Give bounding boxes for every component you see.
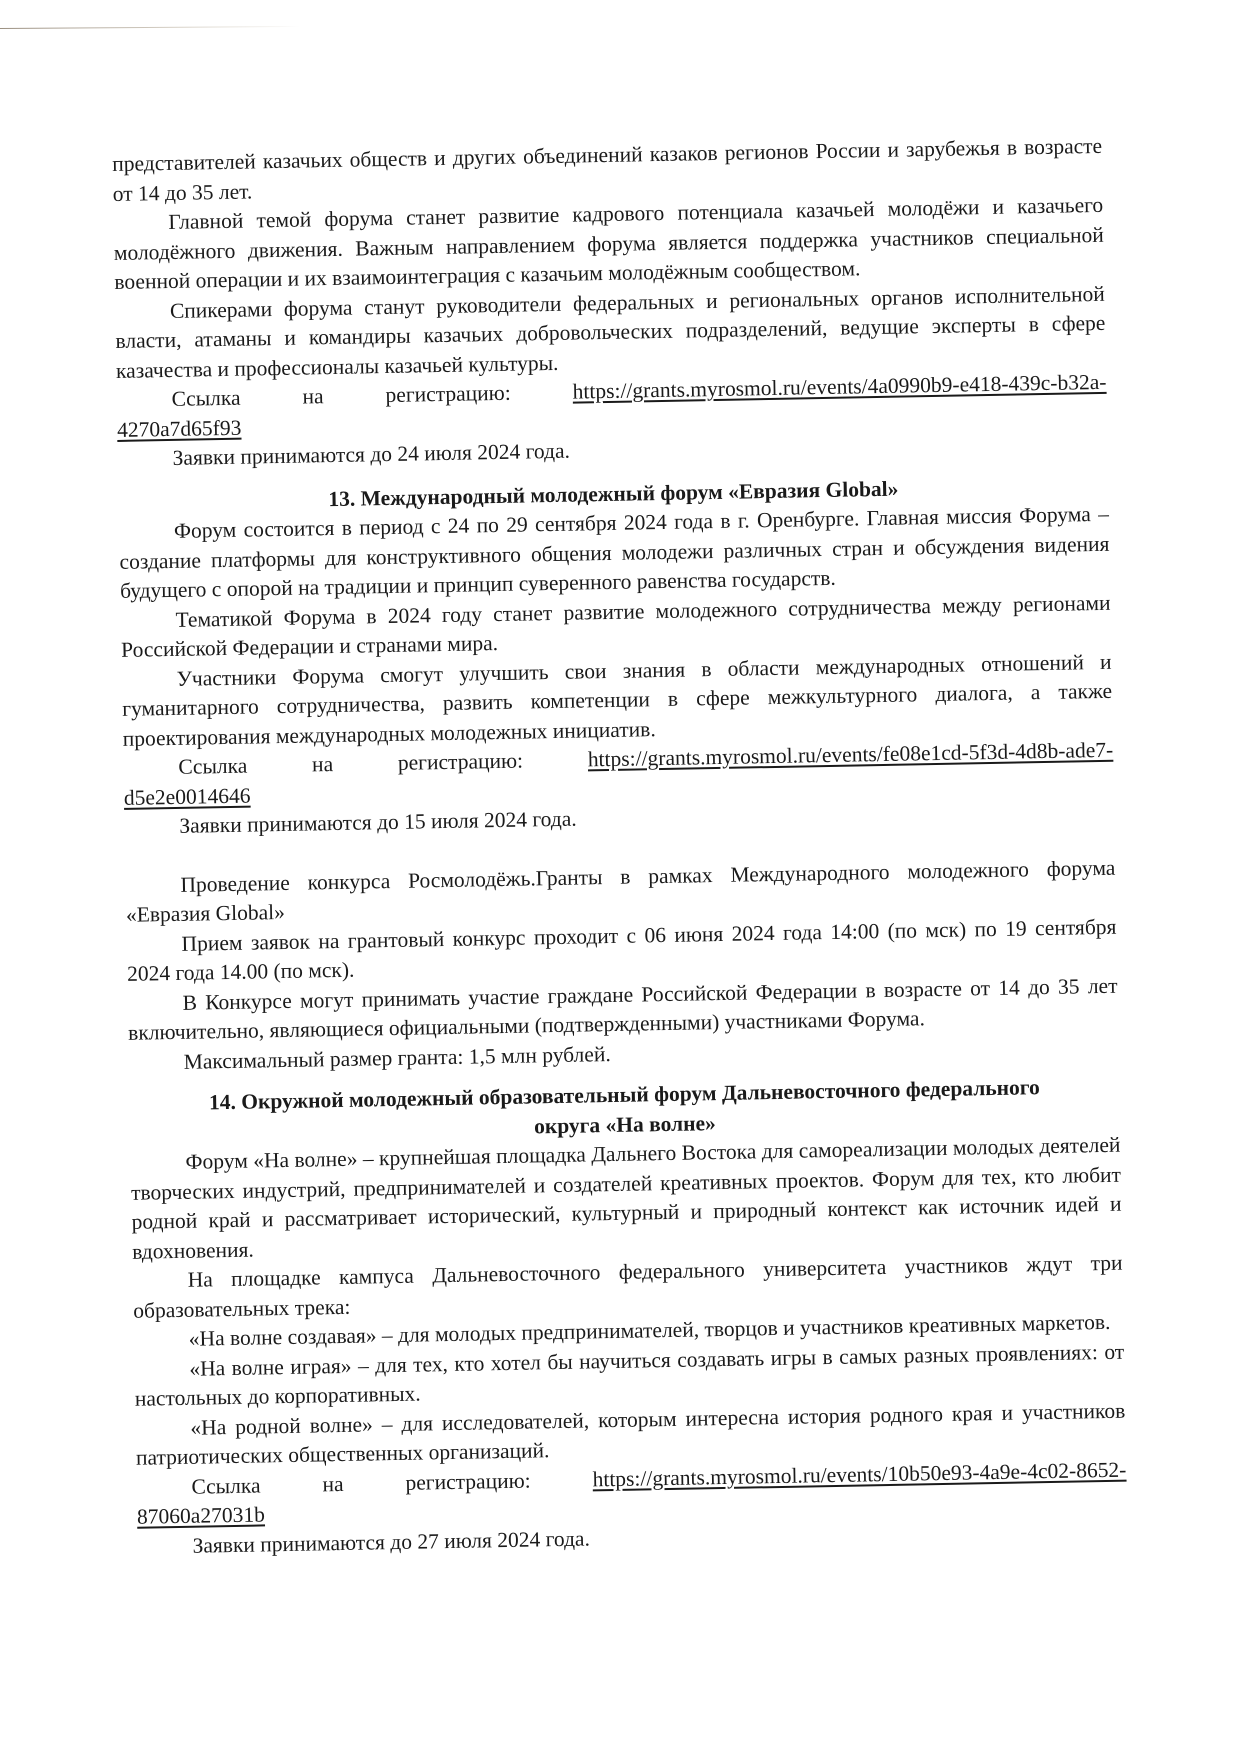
registration-label-word: на — [312, 750, 334, 780]
section-12-continuation: представителей казачьих обществ и других… — [112, 132, 1108, 475]
registration-label-word: регистрацию: — [398, 747, 524, 779]
registration-label-word: на — [302, 382, 324, 412]
registration-link-continuation[interactable]: d5e2e0014646 — [124, 781, 251, 813]
scan-edge-line — [0, 26, 300, 29]
deadline-text: Заявки принимаются до 27 июля 2024 года. — [137, 1514, 1127, 1562]
registration-label-word: регистрацию: — [385, 379, 511, 411]
deadline-text: Заявки принимаются до 24 июля 2024 года. — [117, 427, 1107, 475]
registration-label-word: на — [322, 1469, 344, 1499]
registration-label-word: Ссылка — [191, 1471, 261, 1502]
registration-label-word: Ссылка — [178, 752, 248, 783]
registration-label-word: Ссылка — [171, 384, 241, 415]
section-14: 14. Окружной молодежный образовательный … — [129, 1072, 1127, 1562]
registration-link-continuation[interactable]: 87060a27031b — [137, 1500, 265, 1532]
registration-link-continuation[interactable]: 4270a7d65f93 — [117, 413, 242, 445]
section-13: 13. Международный молодежный форум «Евра… — [118, 470, 1119, 1078]
document-page: представителей казачьих обществ и других… — [112, 132, 1128, 1562]
paragraph: Форум «На волне» – крупнейшая площадка Д… — [130, 1131, 1122, 1267]
grants-block: Проведение конкурса Росмолодёжь.Гранты в… — [125, 853, 1119, 1078]
registration-label-word: регистрацию: — [405, 1466, 531, 1498]
deadline-text: Заявки принимаются до 15 июля 2024 года. — [124, 795, 1114, 843]
